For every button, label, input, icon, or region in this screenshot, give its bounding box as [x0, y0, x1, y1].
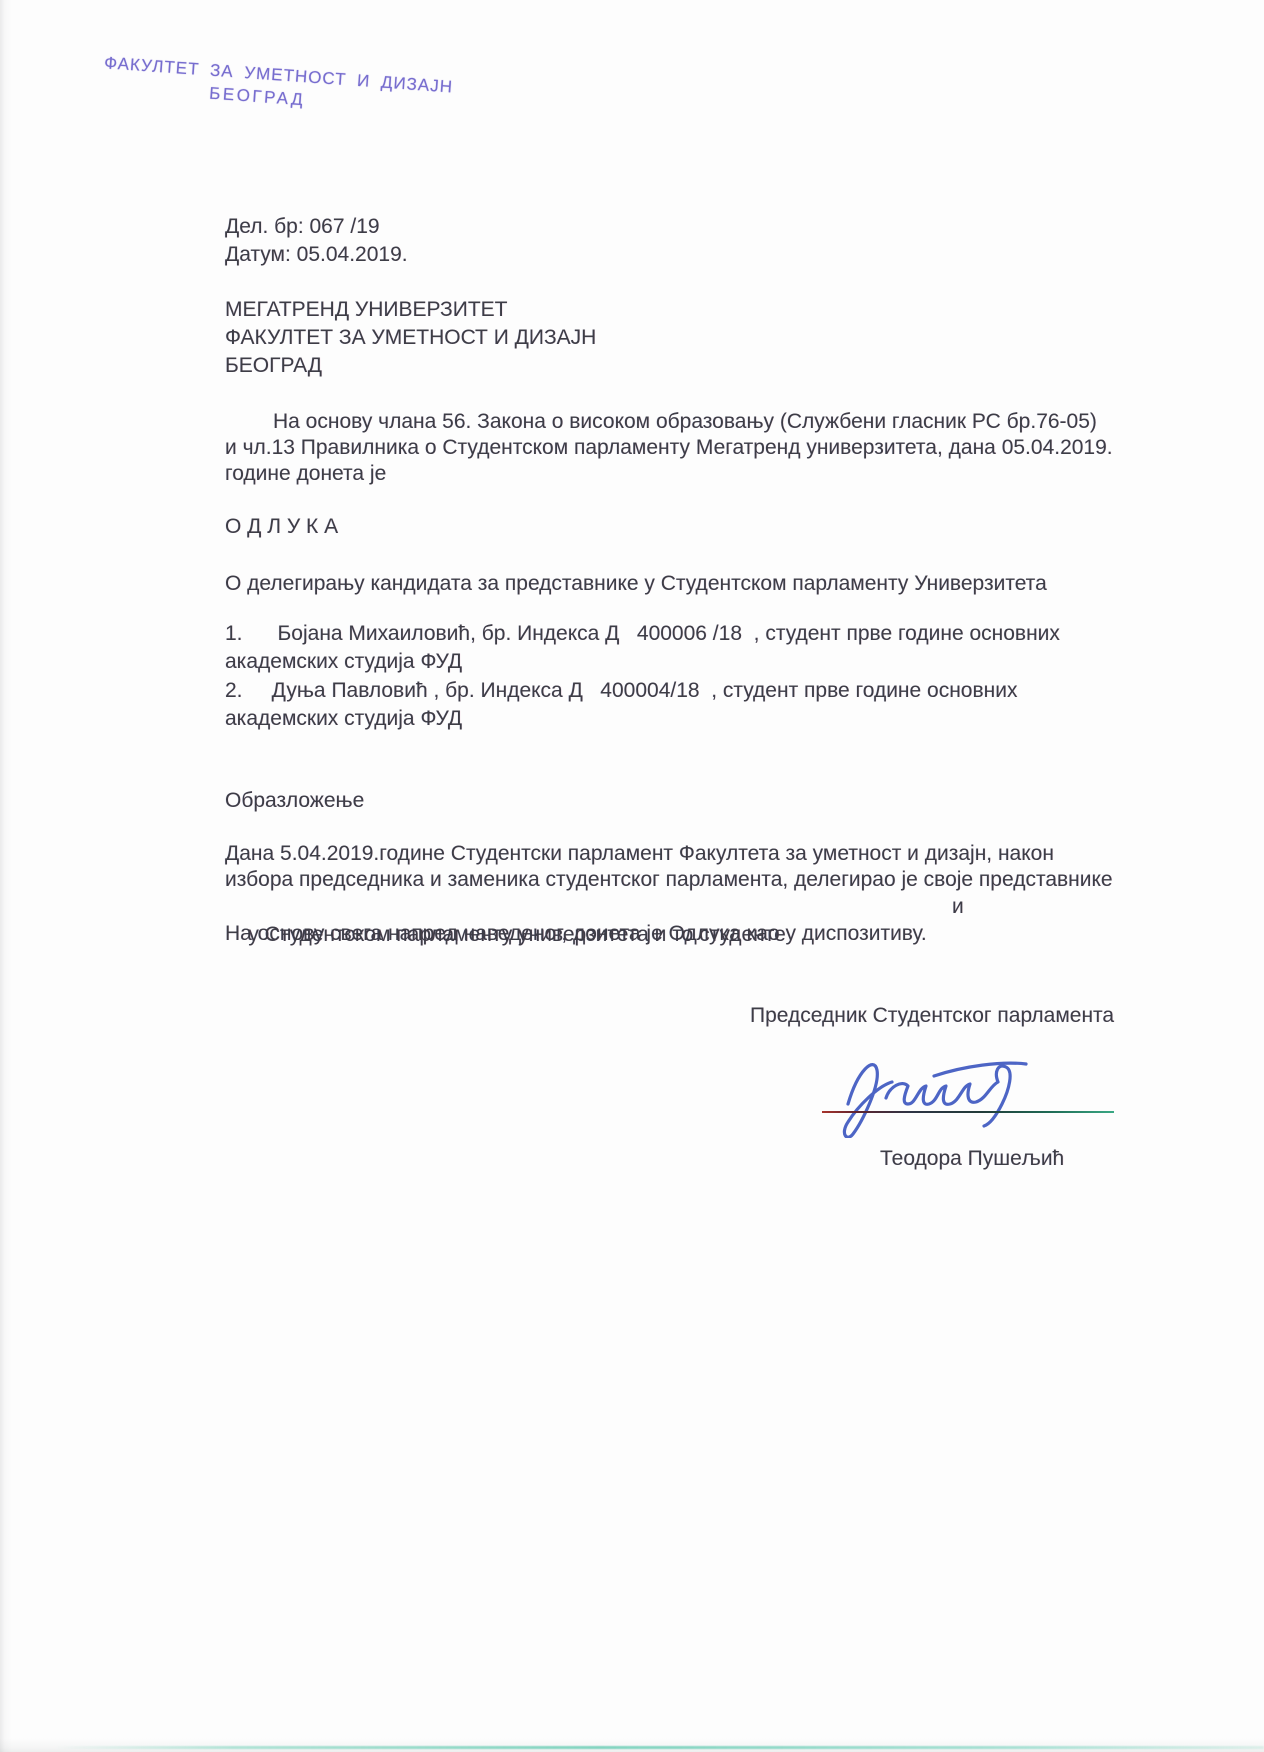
rationale-line-3: у Студентском парламенту универзитета и …: [225, 893, 786, 1005]
list-item-2-line-2: академских студија ФУД: [225, 705, 462, 733]
list-item-1-line-2: академских студија ФУД: [225, 648, 462, 676]
faculty-rubber-stamp: ФАКУЛТЕТ ЗА УМЕТНОСТ И ДИЗАЈН БЕОГРАД: [102, 53, 414, 118]
handwritten-signature: [834, 1046, 1034, 1138]
signature-line: [822, 1111, 1114, 1113]
rationale-line-1: Дана 5.04.2019.године Студентски парламе…: [225, 840, 1054, 868]
signer-name: Теодора Пушељић: [880, 1145, 1064, 1173]
scan-left-edge-artifact: [0, 0, 12, 1752]
issuer-city: БЕОГРАД: [225, 352, 322, 380]
decision-title: О Д Л У К А: [225, 513, 338, 541]
preamble-line-3: године донета је: [225, 460, 386, 488]
rationale-heading: Образложење: [225, 787, 364, 815]
document-date: Датум: 05.04.2019.: [225, 241, 408, 269]
preamble-line-2: и чл.13 Правилника о Студентском парламе…: [225, 434, 1113, 462]
scan-bottom-shadow-artifact: [0, 1738, 1264, 1752]
issuer-faculty: ФАКУЛТЕТ ЗА УМЕТНОСТ И ДИЗАЈН: [225, 324, 596, 352]
signer-title: Председник Студентског парламента: [750, 1002, 1114, 1030]
rationale-line-2: избора председника и заменика студентско…: [225, 866, 1113, 894]
decision-subject: О делегирању кандидата за представнике у…: [225, 570, 1047, 598]
protocol-number: Дел. бр: 067 /19: [225, 213, 380, 241]
rationale-line-4: На основу свега напред наведеног, донета…: [225, 920, 927, 948]
rationale-line-3-conjunction: и: [952, 893, 964, 921]
scanned-document-page: ФАКУЛТЕТ ЗА УМЕТНОСТ И ДИЗАЈН БЕОГРАД Де…: [0, 0, 1264, 1752]
scan-bottom-teal-line-artifact: [55, 1746, 1264, 1749]
list-item-1-line-1: 1. Бојана Михаиловић, бр. Индекса Д 4000…: [225, 620, 1060, 648]
list-item-2-line-1: 2. Дуња Павловић , бр. Индекса Д 400004/…: [225, 677, 1017, 705]
preamble-line-1: На основу члана 56. Закона о високом обр…: [273, 408, 1097, 436]
issuer-university: МЕГАТРЕНД УНИВЕРЗИТЕТ: [225, 296, 508, 324]
